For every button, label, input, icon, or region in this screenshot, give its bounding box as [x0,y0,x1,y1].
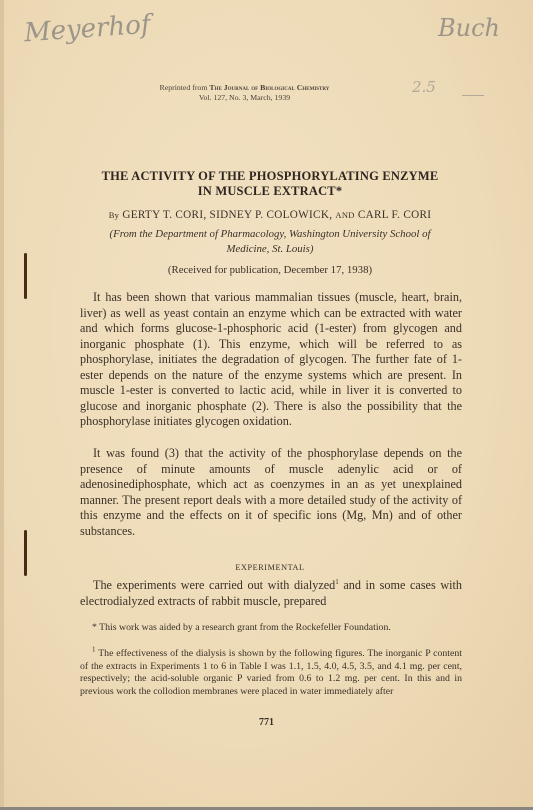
footnote-star: * This work was aided by a research gran… [80,622,462,635]
staple-mark-bottom [24,530,27,576]
staple-mark-top [24,253,27,299]
handwriting-top-left: Meyerhof [23,10,151,49]
page-edge-left [0,0,4,810]
article-title: THE ACTIVITY OF THE PHOSPHORYLATING ENZY… [60,169,480,199]
received-date: (Received for publication, December 17, … [60,264,480,276]
reprint-line1: Reprinted from The Journal of Biological… [0,83,511,93]
body-paragraph-3: The experiments were carried out with di… [80,578,462,609]
journal-name: The Journal of Biological Chemistry [209,83,329,92]
affiliation: (From the Department of Pharmacology, Wa… [75,227,465,257]
reprint-line2: Vol. 127, No. 3, March, 1939 [0,93,511,103]
body-paragraph-1: It has been shown that various mammalian… [80,290,462,430]
reprint-header: Reprinted from The Journal of Biological… [0,83,511,103]
handwriting-top-right: Buch [438,14,500,42]
page-number: 771 [0,717,533,728]
authors: By GERTY T. CORI, SIDNEY P. COLOWICK, an… [60,209,480,221]
body-paragraph-2: It was found (3) that the activity of th… [80,446,462,539]
document-page: Meyerhof Buch 2.5 Reprinted from The Jou… [0,0,533,810]
footnote-1: 1 The effectiveness of the dialysis is s… [80,648,462,699]
section-heading: EXPERIMENTAL [60,563,480,572]
